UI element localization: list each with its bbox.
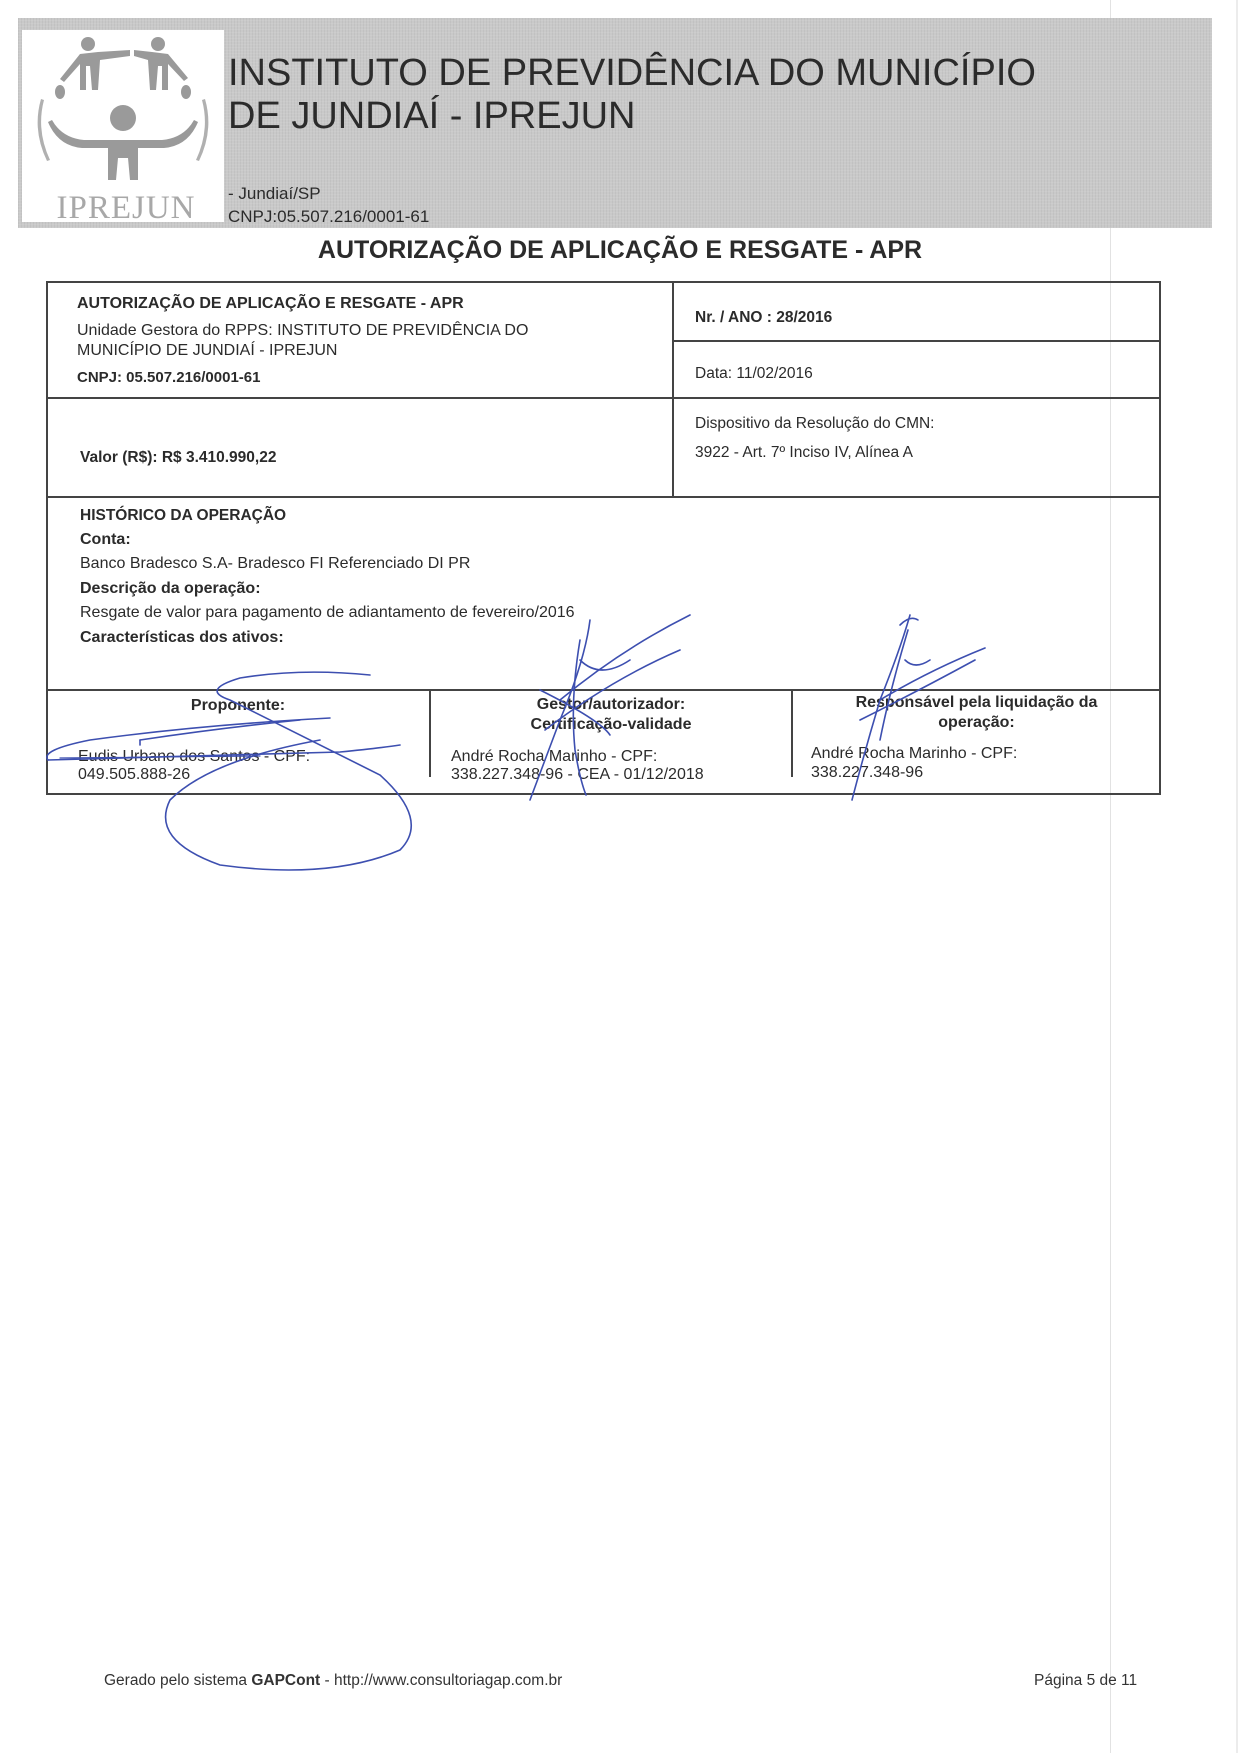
section-title: AUTORIZAÇÃO DE APLICAÇÃO E RESGATE - APR <box>77 295 464 313</box>
document-title: AUTORIZAÇÃO DE APLICAÇÃO E RESGATE - APR <box>0 236 1240 265</box>
footer-system-name: GAPCont <box>251 1672 320 1689</box>
org-title-line2: DE JUNDIAÍ - IPREJUN <box>228 95 1036 138</box>
proponente-label: Proponente: <box>46 697 430 715</box>
footer-prefix: Gerado pelo sistema <box>104 1672 251 1689</box>
data: Data: 11/02/2016 <box>695 365 813 383</box>
unidade-gestora-line1: Unidade Gestora do RPPS: INSTITUTO DE PR… <box>77 322 528 340</box>
gestor-label-line1: Gestor/autorizador: <box>430 696 792 714</box>
organization-city: - Jundiaí/SP <box>228 184 321 204</box>
valor-label: Valor (R$): <box>80 449 158 466</box>
row-divider <box>46 496 1161 498</box>
responsavel-label-line2: operação: <box>792 714 1161 732</box>
caracteristicas-label: Características dos ativos: <box>80 629 284 647</box>
dispositivo-value: 3922 - Art. 7º Inciso IV, Alínea A <box>695 444 913 462</box>
proponente-line2: 049.505.888-26 <box>78 766 190 784</box>
valor-value: R$ 3.410.990,22 <box>162 449 277 466</box>
cnpj: CNPJ: 05.507.216/0001-61 <box>77 369 260 386</box>
responsavel-label-line1: Responsável pela liquidação da <box>792 694 1161 712</box>
footer-generated-by: Gerado pelo sistema GAPCont - http://www… <box>104 1672 562 1690</box>
footer-page-number: Página 5 de 11 <box>1034 1672 1137 1690</box>
responsavel-line1: André Rocha Marinho - CPF: <box>811 745 1017 763</box>
conta-value: Banco Bradesco S.A- Bradesco FI Referenc… <box>80 555 470 573</box>
conta-label: Conta: <box>80 531 131 549</box>
descricao-value: Resgate de valor para pagamento de adian… <box>80 604 575 622</box>
organization-cnpj: CNPJ:05.507.216/0001-61 <box>228 207 429 227</box>
historico-title: HISTÓRICO DA OPERAÇÃO <box>80 507 286 525</box>
gestor-label-line2: Certificação-validade <box>430 716 792 734</box>
gestor-line2: 338.227.348-96 - CEA - 01/12/2018 <box>451 766 704 784</box>
row-divider <box>673 340 1161 342</box>
unidade-gestora-line2: MUNICÍPIO DE JUNDIAÍ - IPREJUN <box>77 342 337 360</box>
valor: Valor (R$): R$ 3.410.990,22 <box>80 449 276 467</box>
proponente-line1: Eudis Urbano dos Santos - CPF: <box>78 748 310 766</box>
gestor-line1: André Rocha Marinho - CPF: <box>451 748 657 766</box>
organization-title: INSTITUTO DE PREVIDÊNCIA DO MUNICÍPIO DE… <box>228 52 1036 138</box>
responsavel-line2: 338.227.348-96 <box>811 764 923 782</box>
column-divider <box>672 281 674 497</box>
logo: IPREJUN <box>22 30 224 222</box>
logo-text: IPREJUN <box>36 190 216 227</box>
org-title-line1: INSTITUTO DE PREVIDÊNCIA DO MUNICÍPIO <box>228 52 1036 95</box>
row-divider <box>46 689 1161 691</box>
footer-url: - http://www.consultoriagap.com.br <box>320 1672 562 1689</box>
nr-ano: Nr. / ANO : 28/2016 <box>695 309 832 327</box>
descricao-label: Descrição da operação: <box>80 580 261 598</box>
row-divider <box>46 397 1161 399</box>
dispositivo-label: Dispositivo da Resolução do CMN: <box>695 415 935 433</box>
